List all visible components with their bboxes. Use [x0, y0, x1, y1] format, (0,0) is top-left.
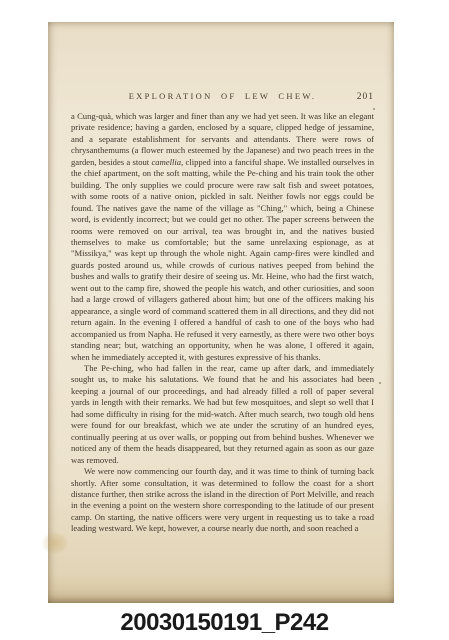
running-head-title: EXPLORATION OF LEW CHEW. — [129, 91, 317, 101]
paragraph: The Pe-ching, who had fallen in the rear… — [71, 363, 374, 466]
ink-speck — [373, 108, 375, 110]
running-head: EXPLORATION OF LEW CHEW. 201 — [71, 91, 374, 102]
page-body: a Cung-quà, which was larger and finer t… — [71, 111, 374, 535]
text-run: We were now commencing our fourth day, a… — [71, 466, 374, 533]
page-number: 201 — [316, 92, 374, 102]
book-page: EXPLORATION OF LEW CHEW. 201 a Cung-quà,… — [48, 22, 394, 603]
image-id-caption: 20030150191_P242 — [0, 609, 449, 637]
text-run: , clipped into a fanciful shape. We inst… — [71, 157, 374, 362]
paper-stain — [42, 532, 68, 554]
scanned-page-photo: EXPLORATION OF LEW CHEW. 201 a Cung-quà,… — [0, 0, 449, 640]
ink-speck — [379, 382, 381, 384]
paragraph: a Cung-quà, which was larger and finer t… — [71, 111, 374, 363]
italic-term: camellia — [151, 157, 181, 167]
text-run: The Pe-ching, who had fallen in the rear… — [71, 363, 374, 465]
paragraph: We were now commencing our fourth day, a… — [71, 466, 374, 535]
